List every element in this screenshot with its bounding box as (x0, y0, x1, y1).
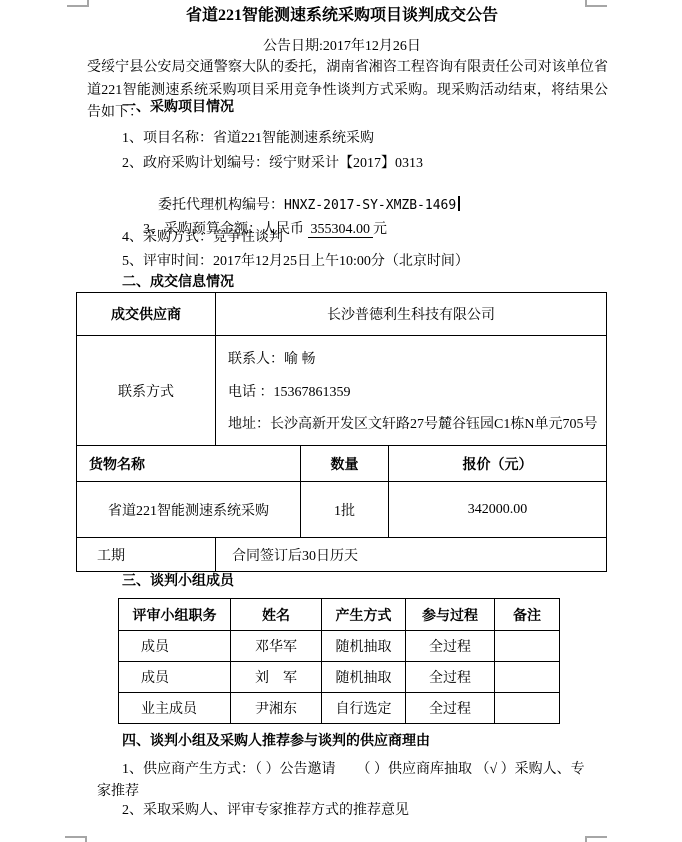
team-header-selection: 产生方式 (321, 599, 405, 630)
team-role-cell: 成员 (119, 631, 230, 661)
item-purchase-method: 4、采购方式：竞争性谈判 (122, 229, 283, 246)
negotiation-team-table: 评审小组职务 姓名 产生方式 参与过程 备注 成员 邓华军 随机抽取 全过程 成… (118, 598, 560, 724)
supplier-row: 成交供应商 长沙普德利生科技有限公司 (77, 293, 606, 335)
team-selection-cell: 随机抽取 (321, 662, 405, 692)
page-title: 省道221智能测速系统采购项目谈判成交公告 (76, 6, 608, 26)
section3-heading: 三、谈判小组成员 (122, 574, 234, 590)
deal-info-table: 成交供应商 长沙普德利生科技有限公司 联系方式 联系人：喻 畅 电话 ：1536… (76, 292, 607, 572)
contact-address-line: 地址：长沙高新开发区文轩路27号麓谷钰园C1栋N单元705号 (228, 413, 597, 433)
announcement-date-line: 公告日期:2017年12月26日 (76, 38, 608, 55)
team-remark-cell (494, 631, 559, 661)
team-process-cell: 全过程 (405, 693, 494, 723)
qty-cell: 1批 (300, 482, 388, 537)
team-row: 成员 刘 军 随机抽取 全过程 (119, 661, 559, 692)
section1-heading: 一、采购项目情况 (122, 100, 234, 116)
item-project-name: 1、项目名称：省道221智能测速系统采购 (122, 130, 374, 147)
contact-person-line: 联系人：喻 畅 (228, 348, 316, 368)
team-process-cell: 全过程 (405, 662, 494, 692)
duration-value-cell: 合同签订后30日历天 (215, 538, 606, 571)
qty-header-cell: 数量 (300, 446, 388, 481)
item-plan-number: 2、政府采购计划编号：绥宁财采计【2017】0313 (122, 155, 423, 172)
item-review-time: 5、评审时间：2017年12月25日上午10:00分（北京时间） (122, 253, 469, 270)
team-process-cell: 全过程 (405, 631, 494, 661)
duration-row: 工期 合同签订后30日历天 (77, 537, 606, 571)
price-header-cell: 报价（元） (388, 446, 606, 481)
team-header-row: 评审小组职务 姓名 产生方式 参与过程 备注 (119, 599, 559, 630)
team-row: 业主成员 尹湘东 自行选定 全过程 (119, 692, 559, 723)
section2-heading: 二、成交信息情况 (122, 275, 234, 291)
goods-header-row: 货物名称 数量 报价（元） (77, 445, 606, 481)
recommend-opinion-line: 2、采取采购人、评审专家推荐方式的推荐意见 (122, 802, 409, 819)
goods-data-row: 省道221智能测速系统采购 1批 342000.00 (77, 481, 606, 537)
team-selection-cell: 自行选定 (321, 693, 405, 723)
duration-label-cell: 工期 (77, 538, 215, 571)
document-body[interactable]: 省道221智能测速系统采购项目谈判成交公告 公告日期:2017年12月26日 受… (76, 0, 608, 842)
supplier-name-cell: 长沙普德利生科技有限公司 (215, 293, 606, 335)
team-remark-cell (494, 693, 559, 723)
contact-phone-line: 电话 ：15367861359 (228, 381, 351, 401)
team-header-role: 评审小组职务 (119, 599, 230, 630)
team-selection-cell: 随机抽取 (321, 631, 405, 661)
contact-info-cell: 联系人：喻 畅 电话 ：15367861359 地址：长沙高新开发区文轩路27号… (215, 336, 606, 445)
team-header-process: 参与过程 (405, 599, 494, 630)
price-cell: 342000.00 (388, 482, 606, 537)
goods-name-header-cell: 货物名称 (77, 446, 300, 481)
team-header-remark: 备注 (494, 599, 559, 630)
team-role-cell: 业主成员 (119, 693, 230, 723)
team-row: 成员 邓华军 随机抽取 全过程 (119, 630, 559, 661)
budget-suffix: 元 (373, 222, 387, 237)
team-header-name: 姓名 (230, 599, 321, 630)
contact-label-cell: 联系方式 (77, 336, 215, 445)
document-page: 省道221智能测速系统采购项目谈判成交公告 公告日期:2017年12月26日 受… (0, 0, 682, 842)
supplier-label-cell: 成交供应商 (77, 293, 215, 335)
section4-heading: 四、谈判小组及采购人推荐参与谈判的供应商理由 (122, 734, 430, 750)
team-name-cell: 邓华军 (230, 631, 321, 661)
team-name-cell: 尹湘东 (230, 693, 321, 723)
budget-amount: 355304.00 (308, 222, 374, 238)
text-cursor (458, 196, 460, 211)
team-remark-cell (494, 662, 559, 692)
team-role-cell: 成员 (119, 662, 230, 692)
contact-row: 联系方式 联系人：喻 畅 电话 ：15367861359 地址：长沙高新开发区文… (77, 335, 606, 445)
team-name-cell: 刘 军 (230, 662, 321, 692)
goods-name-cell: 省道221智能测速系统采购 (77, 482, 300, 537)
supplier-method-line: 1、供应商产生方式：（ ）公告邀请 （ ）供应商库抽取 （√ ）采购人、专家推荐 (97, 759, 597, 803)
